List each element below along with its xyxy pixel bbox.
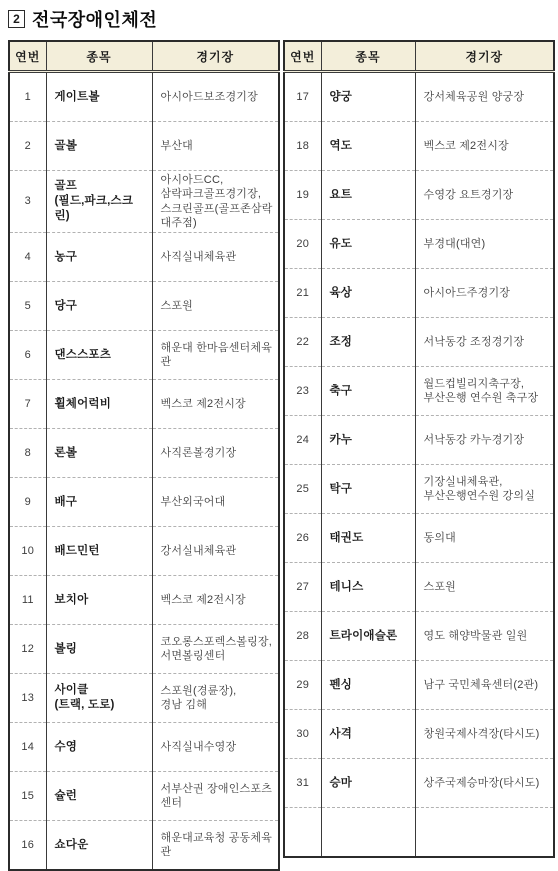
sport-name: 당구 — [46, 282, 152, 331]
table-row: 28트라이애슬론영도 해양박물관 일원 — [284, 612, 554, 661]
row-number: 12 — [9, 625, 46, 674]
row-number: 31 — [284, 759, 321, 808]
venue-name: 상주국제승마장(타시도) — [415, 759, 554, 808]
row-number: 29 — [284, 661, 321, 710]
row-number: 19 — [284, 171, 321, 220]
table-row: 16쇼다운해운대교육청 공동체육관 — [9, 821, 279, 871]
row-number: 10 — [9, 527, 46, 576]
venue-name: 부산대 — [152, 122, 279, 171]
sport-name: 수영 — [46, 723, 152, 772]
sport-name: 축구 — [321, 367, 415, 416]
table-row: 7휠체어럭비벡스코 제2전시장 — [9, 380, 279, 429]
venue-name: 스포원 — [415, 563, 554, 612]
sport-name: 배드민턴 — [46, 527, 152, 576]
table-row: 21육상아시아드주경기장 — [284, 269, 554, 318]
table-row: 12볼링코오롱스포렉스볼링장, 서면볼링센터 — [9, 625, 279, 674]
venues-tables-container: 연번 종목 경기장 1게이트볼아시아드보조경기장2골볼부산대3골프 (필드,파크… — [8, 40, 551, 871]
row-number: 16 — [9, 821, 46, 871]
sport-name: 카누 — [321, 416, 415, 465]
table-row: 6댄스스포츠해운대 한마음센터체육관 — [9, 331, 279, 380]
venue-name: 아시아드주경기장 — [415, 269, 554, 318]
sport-name: 양궁 — [321, 72, 415, 122]
sport-name: 볼링 — [46, 625, 152, 674]
venue-name: 강서체육공원 양궁장 — [415, 72, 554, 122]
table-row: 2골볼부산대 — [9, 122, 279, 171]
sport-name: 휠체어럭비 — [46, 380, 152, 429]
row-number: 1 — [9, 72, 46, 122]
sport-name: 론볼 — [46, 429, 152, 478]
venue-name: 강서실내체육관 — [152, 527, 279, 576]
row-number: 18 — [284, 122, 321, 171]
table-row: 1게이트볼아시아드보조경기장 — [9, 72, 279, 122]
table-row: 25탁구기장실내체육관, 부산은행연수원 강의실 — [284, 465, 554, 514]
sport-name: 탁구 — [321, 465, 415, 514]
sport-name: 쇼다운 — [46, 821, 152, 871]
sport-name: 골프 (필드,파크,스크린) — [46, 171, 152, 233]
row-number: 7 — [9, 380, 46, 429]
sport-name: 농구 — [46, 233, 152, 282]
header-venue: 경기장 — [415, 41, 554, 72]
row-number: 5 — [9, 282, 46, 331]
table-row: 18역도벡스코 제2전시장 — [284, 122, 554, 171]
table-row: 3골프 (필드,파크,스크린)아시아드CC, 삼락파크골프경기장, 스크린골프(… — [9, 171, 279, 233]
sport-name: 게이트볼 — [46, 72, 152, 122]
table-row: 15슐런서부산권 장애인스포츠센터 — [9, 772, 279, 821]
sport-name: 골볼 — [46, 122, 152, 171]
venue-name: 사직실내수영장 — [152, 723, 279, 772]
row-number — [284, 808, 321, 858]
venue-name: 기장실내체육관, 부산은행연수원 강의실 — [415, 465, 554, 514]
venue-name: 스포원 — [152, 282, 279, 331]
sport-name: 사이클 (트랙, 도로) — [46, 674, 152, 723]
table-row: 14수영사직실내수영장 — [9, 723, 279, 772]
row-number: 25 — [284, 465, 321, 514]
venue-name: 월드컵빌리지축구장, 부산은행 연수원 축구장 — [415, 367, 554, 416]
venue-name: 부산외국어대 — [152, 478, 279, 527]
venue-name: 아시아드보조경기장 — [152, 72, 279, 122]
row-number: 22 — [284, 318, 321, 367]
row-number: 17 — [284, 72, 321, 122]
table-row: 8론볼사직론볼경기장 — [9, 429, 279, 478]
sport-name: 유도 — [321, 220, 415, 269]
row-number: 21 — [284, 269, 321, 318]
section-title: 2 전국장애인체전 — [8, 6, 551, 32]
table-row: 20유도부경대(대연) — [284, 220, 554, 269]
table-row: 4농구사직실내체육관 — [9, 233, 279, 282]
table-row: 31승마상주국제승마장(타시도) — [284, 759, 554, 808]
table-row: 10배드민턴강서실내체육관 — [9, 527, 279, 576]
row-number: 9 — [9, 478, 46, 527]
row-number: 20 — [284, 220, 321, 269]
venue-name: 벡스코 제2전시장 — [415, 122, 554, 171]
venues-table-right: 연번 종목 경기장 17양궁강서체육공원 양궁장18역도벡스코 제2전시장19요… — [283, 40, 555, 858]
sport-name: 펜싱 — [321, 661, 415, 710]
venue-name: 벡스코 제2전시장 — [152, 576, 279, 625]
sport-name: 요트 — [321, 171, 415, 220]
table-row: 5당구스포원 — [9, 282, 279, 331]
venue-name: 영도 해양박물관 일원 — [415, 612, 554, 661]
row-number: 26 — [284, 514, 321, 563]
venue-name: 창원국제사격장(타시도) — [415, 710, 554, 759]
row-number: 14 — [9, 723, 46, 772]
header-row: 연번 종목 경기장 — [9, 41, 279, 72]
row-number: 6 — [9, 331, 46, 380]
sport-name: 역도 — [321, 122, 415, 171]
row-number: 4 — [9, 233, 46, 282]
venue-name: 부경대(대연) — [415, 220, 554, 269]
table-row: 11보치아벡스코 제2전시장 — [9, 576, 279, 625]
sport-name: 태권도 — [321, 514, 415, 563]
venue-name: 남구 국민체육센터(2관) — [415, 661, 554, 710]
venue-name: 벡스코 제2전시장 — [152, 380, 279, 429]
row-number: 28 — [284, 612, 321, 661]
sport-name: 승마 — [321, 759, 415, 808]
sport-name: 보치아 — [46, 576, 152, 625]
venue-name: 해운대 한마음센터체육관 — [152, 331, 279, 380]
row-number: 27 — [284, 563, 321, 612]
table-row: 26태권도동의대 — [284, 514, 554, 563]
sport-name — [321, 808, 415, 858]
row-number: 24 — [284, 416, 321, 465]
venue-name: 서낙동강 카누경기장 — [415, 416, 554, 465]
sport-name: 슐런 — [46, 772, 152, 821]
venue-name: 아시아드CC, 삼락파크골프경기장, 스크린골프(골프존삼락대주점) — [152, 171, 279, 233]
table-row: 13사이클 (트랙, 도로)스포원(경륜장), 경남 김해 — [9, 674, 279, 723]
table-row: 22조정서낙동강 조정경기장 — [284, 318, 554, 367]
sport-name: 사격 — [321, 710, 415, 759]
section-number-box: 2 — [8, 10, 25, 28]
table-row: 9배구부산외국어대 — [9, 478, 279, 527]
table-row — [284, 808, 554, 858]
sport-name: 배구 — [46, 478, 152, 527]
venue-name: 서부산권 장애인스포츠센터 — [152, 772, 279, 821]
header-sport: 종목 — [46, 41, 152, 72]
venue-name: 코오롱스포렉스볼링장, 서면볼링센터 — [152, 625, 279, 674]
row-number: 3 — [9, 171, 46, 233]
row-number: 2 — [9, 122, 46, 171]
page-title: 전국장애인체전 — [32, 6, 157, 32]
row-number: 8 — [9, 429, 46, 478]
row-number: 30 — [284, 710, 321, 759]
venue-name: 스포원(경륜장), 경남 김해 — [152, 674, 279, 723]
venue-name: 동의대 — [415, 514, 554, 563]
table-row: 30사격창원국제사격장(타시도) — [284, 710, 554, 759]
table-row: 23축구월드컵빌리지축구장, 부산은행 연수원 축구장 — [284, 367, 554, 416]
sport-name: 댄스스포츠 — [46, 331, 152, 380]
venue-name: 서낙동강 조정경기장 — [415, 318, 554, 367]
row-number: 23 — [284, 367, 321, 416]
row-number: 11 — [9, 576, 46, 625]
sport-name: 테니스 — [321, 563, 415, 612]
venues-table-left: 연번 종목 경기장 1게이트볼아시아드보조경기장2골볼부산대3골프 (필드,파크… — [8, 40, 280, 871]
venue-name: 해운대교육청 공동체육관 — [152, 821, 279, 871]
venue-name — [415, 808, 554, 858]
table-row: 17양궁강서체육공원 양궁장 — [284, 72, 554, 122]
table-row: 29펜싱남구 국민체육센터(2관) — [284, 661, 554, 710]
venue-name: 사직실내체육관 — [152, 233, 279, 282]
venue-name: 수영강 요트경기장 — [415, 171, 554, 220]
header-sport: 종목 — [321, 41, 415, 72]
table-row: 19요트수영강 요트경기장 — [284, 171, 554, 220]
sport-name: 육상 — [321, 269, 415, 318]
header-no: 연번 — [284, 41, 321, 72]
row-number: 13 — [9, 674, 46, 723]
sport-name: 트라이애슬론 — [321, 612, 415, 661]
header-no: 연번 — [9, 41, 46, 72]
row-number: 15 — [9, 772, 46, 821]
sport-name: 조정 — [321, 318, 415, 367]
table-row: 24카누서낙동강 카누경기장 — [284, 416, 554, 465]
header-row: 연번 종목 경기장 — [284, 41, 554, 72]
table-row: 27테니스스포원 — [284, 563, 554, 612]
header-venue: 경기장 — [152, 41, 279, 72]
venue-name: 사직론볼경기장 — [152, 429, 279, 478]
